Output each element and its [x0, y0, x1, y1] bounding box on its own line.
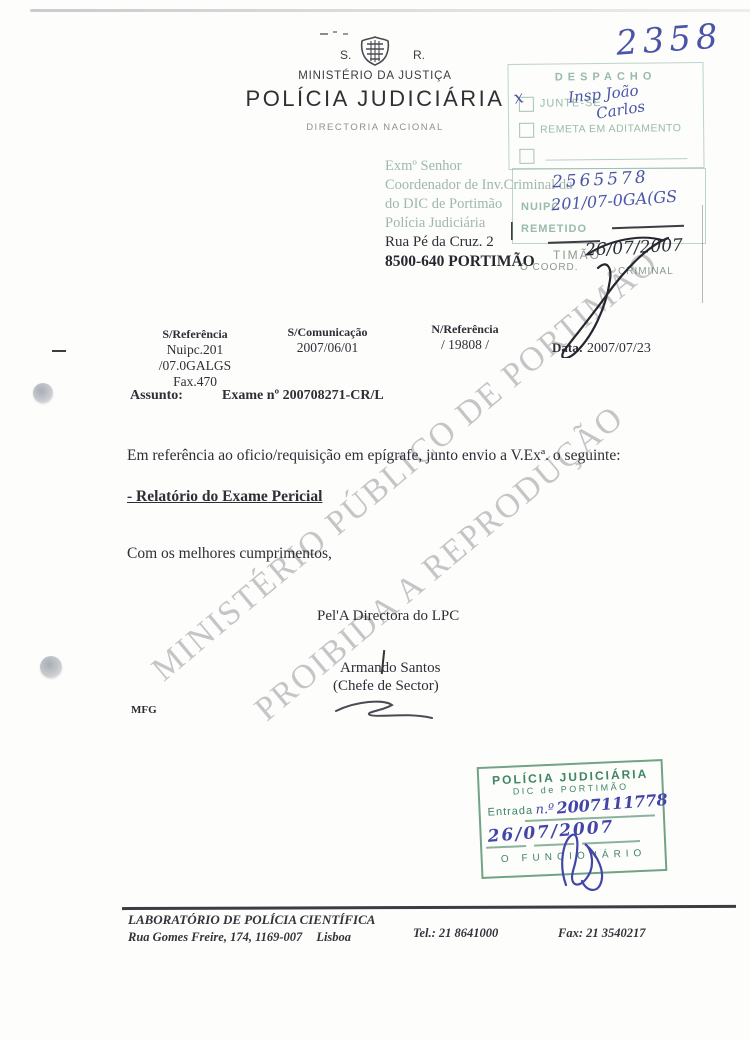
- typist-initials: MFG: [131, 704, 157, 716]
- subject-value: Exame nº 200708271-CR/L: [222, 388, 384, 404]
- header-right-initial: R.: [413, 48, 425, 62]
- signer-title: Pel'A Directora do LPC: [317, 608, 459, 625]
- despacho-blank-line: [545, 158, 687, 160]
- footer-rule: [122, 905, 736, 910]
- organization-title: POLÍCIA JUDICIÁRIA: [200, 86, 550, 112]
- s-referencia-label: S/Referência: [130, 327, 260, 342]
- clerk-signature: [548, 825, 618, 895]
- stray-pen-mark: [343, 33, 348, 35]
- stray-pen-mark: [320, 33, 328, 35]
- body-paragraph: Em referência ao oficio/requisição em ep…: [127, 447, 672, 465]
- hole-punch-bottom: [40, 656, 62, 678]
- footer-org: LABORATÓRIO DE POLÍCIA CIENTÍFICA: [128, 912, 375, 928]
- despacho-checkbox-blank: [519, 149, 534, 164]
- stray-pen-mark: [333, 31, 337, 33]
- entry-date-line1: [486, 845, 526, 848]
- sender-signature: [330, 697, 440, 725]
- scanned-letter-page: MINISTÉRIO PÚBLICO DE PORTIMÃO PROIBIDA …: [0, 0, 750, 1041]
- coordinator-signature: [548, 228, 678, 358]
- entrada-label: Entrada: [487, 805, 533, 819]
- handwritten-entrada-no: n.º: [535, 802, 554, 818]
- footer-city: Lisboa: [316, 930, 351, 944]
- handwritten-doc-number: 2358: [615, 16, 724, 63]
- despacho-checkbox-remeta: [519, 123, 534, 138]
- coord-stamp-border: [702, 205, 703, 303]
- header-left-initial: S.: [340, 48, 351, 62]
- hole-punch-top: [33, 383, 53, 403]
- s-comunicacao-value: 2007/06/01: [265, 340, 390, 356]
- s-comunicacao-field: S/Comunicação 2007/06/01: [265, 325, 390, 356]
- s-comunicacao-label: S/Comunicação: [265, 325, 390, 340]
- signer-name: Armando Santos: [340, 660, 440, 677]
- margin-dash-mark: [52, 350, 66, 352]
- despacho-stamp-title: DESPACHO: [509, 70, 703, 84]
- body-item-relatorio: - Relatório do Exame Pericial: [127, 488, 322, 506]
- body-closing: Com os melhores cumprimentos,: [127, 545, 332, 563]
- subject-label: Assunto:: [130, 388, 183, 404]
- scan-artifact-line: [30, 9, 750, 12]
- footer-address-row: Rua Gomes Freire, 174, 1169-007 Lisboa: [128, 928, 351, 946]
- coat-of-arms-icon: [357, 36, 393, 66]
- ministry-title: MINISTÉRIO DA JUSTIÇA: [250, 70, 500, 82]
- n-referencia-value: / 19808 /: [405, 337, 525, 353]
- s-referencia-field: S/Referência Nuipc.201 /07.0GALGS Fax.47…: [130, 327, 260, 390]
- footer-address: Rua Gomes Freire, 174, 1169-007: [128, 930, 302, 944]
- footer-fax: Fax: 21 3540217: [558, 926, 646, 941]
- n-referencia-label: N/Referência: [405, 322, 525, 337]
- s-referencia-value1: Nuipc.201 /07.0GALGS: [130, 342, 260, 374]
- signer-role: (Chefe de Sector): [333, 678, 439, 695]
- footer-tel: Tel.: 21 8641000: [413, 926, 498, 941]
- handwritten-entrada-number: 2007111778: [556, 790, 668, 818]
- directorate-subtitle: DIRECTORIA NACIONAL: [250, 122, 500, 133]
- despacho-option-remeta: REMETA EM ADITAMENTO: [540, 122, 681, 135]
- n-referencia-field: N/Referência / 19808 /: [405, 322, 525, 353]
